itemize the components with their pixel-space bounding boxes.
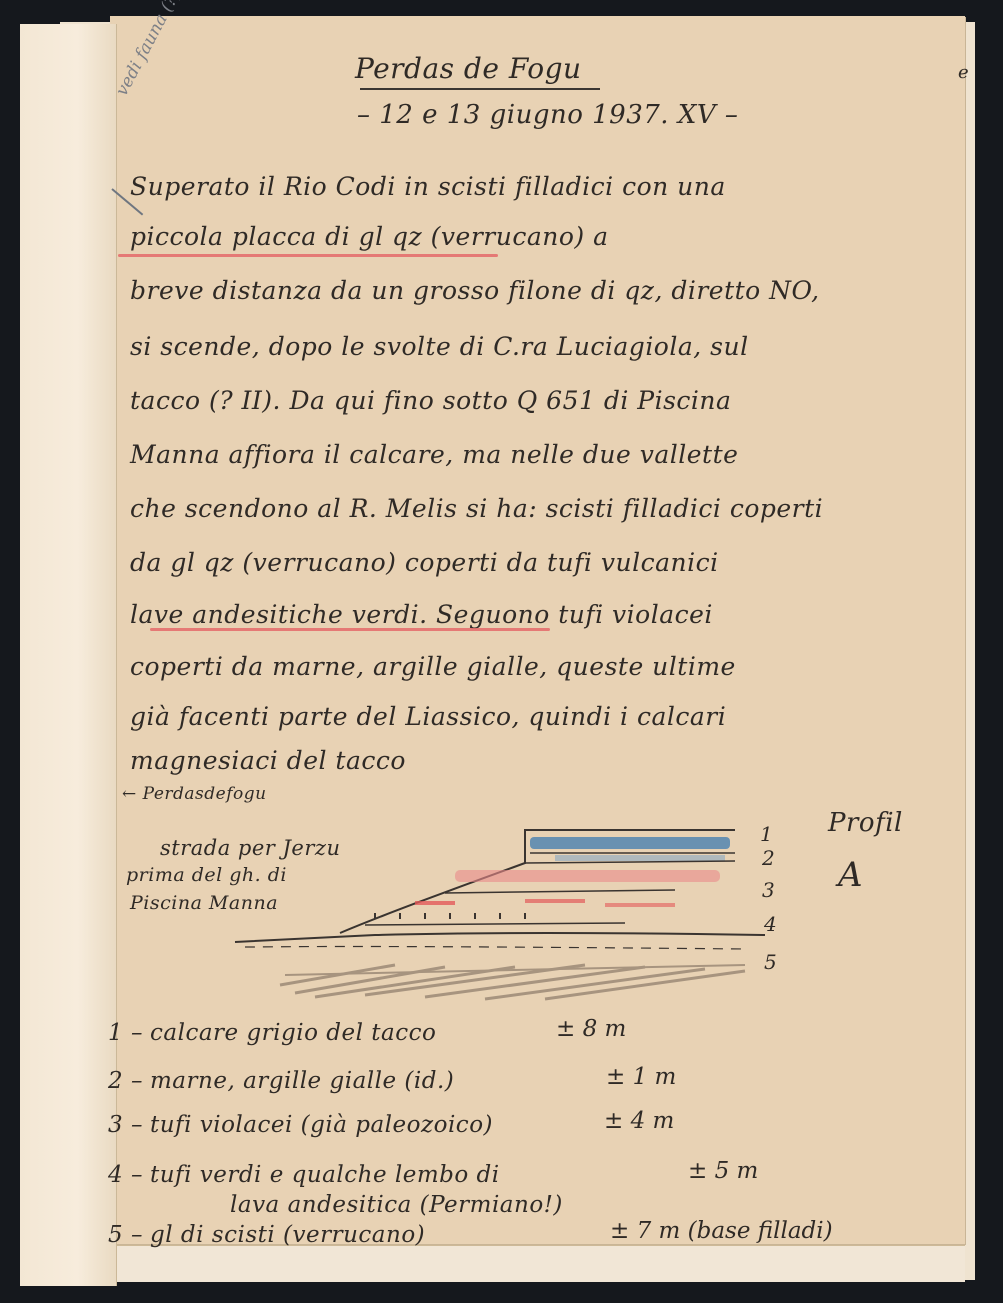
body-line: Superato il Rio Codi in scisti filladici…	[130, 172, 726, 201]
body-line: piccola placca di gl qz (verrucano) a	[130, 222, 609, 251]
title-underline	[360, 88, 600, 90]
legend-item-continued: lava andesitica (Permiano!)	[230, 1192, 563, 1218]
legend-item: 4 –tufi verdi e qualche lembo di	[108, 1162, 500, 1188]
legend-item: 3 –tufi violacei (già paleozoico)	[108, 1112, 493, 1138]
layer-4-ticks	[375, 913, 525, 919]
binding-strip	[20, 24, 117, 1286]
body-line: si scende, dopo le svolte di C.ra Luciag…	[130, 332, 749, 361]
layer-number: 1	[760, 822, 773, 846]
red-underline	[118, 254, 498, 257]
legend-thickness: ± 1 m	[606, 1064, 676, 1090]
legend-thickness: ± 8 m	[556, 1016, 626, 1042]
layer-5-hatching	[280, 965, 745, 999]
layer-number: 3	[762, 878, 775, 902]
layer-number: 2	[762, 846, 775, 870]
legend-thickness: ± 7 m (base filladi)	[610, 1218, 833, 1244]
legend-thickness: ± 4 m	[604, 1108, 674, 1134]
page-bottom-edge	[60, 1244, 965, 1282]
legend-thickness: ± 5 m	[688, 1158, 758, 1184]
red-underline	[150, 628, 550, 631]
date-text: – 12 e 13 giugno 1937. XV –	[357, 100, 738, 130]
body-line: lave andesitiche verdi. Seguono tufi vio…	[130, 600, 713, 629]
body-line: già facenti parte del Liassico, quindi i…	[130, 702, 726, 731]
page-date: – 12 e 13 giugno 1937. XV –	[357, 100, 738, 130]
profile-letter: A	[838, 855, 863, 895]
profile-label: Profil	[828, 808, 903, 838]
body-line: da gl qz (verrucano) coperti da tufi vul…	[130, 548, 719, 577]
geological-profile-sketch	[225, 815, 805, 1015]
body-line: breve distanza da un grosso filone di qz…	[130, 276, 820, 305]
legend-item: 2 –marne, argille gialle (id.)	[108, 1068, 454, 1094]
left-arrow-icon: ←	[122, 784, 137, 804]
legend-item: 1 –calcare grigio del tacco	[108, 1020, 436, 1046]
page-title: Perdas de Fogu	[355, 52, 582, 85]
side-mark: e	[958, 62, 969, 83]
legend-item: 5 –gl di scisti (verrucano)	[108, 1222, 425, 1248]
layer-number: 4	[764, 912, 777, 936]
body-line: Manna affiora il calcare, ma nelle due v…	[130, 440, 738, 469]
sketch-annotation: ← Perdasdefogu	[122, 784, 267, 804]
body-line: coperti da marne, argille gialle, queste…	[130, 652, 736, 681]
layer-number: 5	[764, 950, 777, 974]
body-line: che scendono al R. Melis si ha: scisti f…	[130, 494, 823, 523]
body-line: magnesiaci del tacco	[130, 746, 406, 775]
body-line: tacco (? II). Da qui fino sotto Q 651 di…	[130, 386, 731, 415]
